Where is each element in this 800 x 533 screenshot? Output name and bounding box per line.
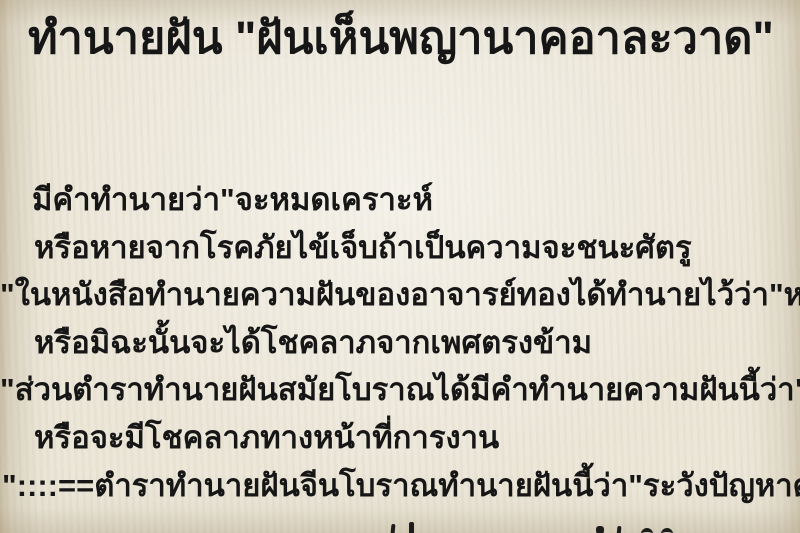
page-title: ทำนายฝัน "ฝันเห็นพญานาคอาละวาด" — [28, 8, 774, 69]
clipped-line-fragment — [616, 526, 621, 533]
clipped-line-fragment — [596, 526, 604, 533]
body-line-5: "ส่วนตำราทำนายฝันสมัยโบราณได้มีคำทำนายคว… — [0, 370, 800, 410]
clipped-line-fragment — [390, 524, 395, 533]
body-line-6: หรือจะมีโชคลาภทางหน้าที่การงาน — [34, 418, 499, 458]
body-line-1: มีคำทำนายว่า"จะหมดเคราะห์ — [32, 180, 433, 220]
clipped-line-fragment — [641, 528, 653, 533]
paper-background: ทำนายฝัน "ฝันเห็นพญานาคอาละวาด" มีคำทำนา… — [0, 0, 800, 533]
clipped-line-fragment — [409, 522, 414, 533]
body-line-7: "::::==ตำราทำนายฝันจีนโบราณทำนายฝันนี้ว่… — [2, 466, 800, 506]
clipped-line-fragment — [661, 528, 673, 533]
body-line-4: หรือมิฉะนั้นจะได้โชคลาภจากเพศตรงข้าม — [34, 323, 592, 363]
body-line-3: "ในหนังสือทำนายความฝันของอาจารย์ทองได้ทำ… — [0, 275, 800, 315]
body-line-2: หรือหายจากโรคภัยไข้เจ็บถ้าเป็นความจะชนะศ… — [34, 228, 692, 268]
